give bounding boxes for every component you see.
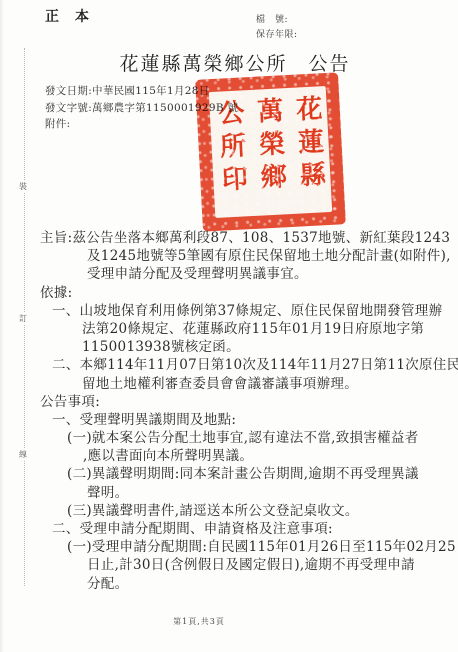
copy-type-label: 正 本 bbox=[45, 6, 90, 26]
body-line: 聲明。 bbox=[40, 484, 454, 502]
body-line: 一、受理聲明異議期間及地點: bbox=[40, 411, 454, 429]
body-line: 一、山坡地保育利用條例第37條規定、原住民保留地開發管理辦 bbox=[40, 302, 454, 320]
body-line: (三)異議聲明書件,請逕送本所公文登記桌收文。 bbox=[40, 502, 454, 520]
binding-mark-ding: 訂 bbox=[19, 312, 27, 325]
body-line: 1150013938號核定函。 bbox=[40, 338, 454, 356]
body-line: 分配。 bbox=[40, 575, 454, 593]
retention-period-label: 保存年限: bbox=[256, 28, 298, 43]
body-line-matters: 公告事項: bbox=[40, 393, 454, 411]
binding-mark-zhuang: 裝 bbox=[19, 180, 27, 193]
body-line: ,應以書面向本所聲明異議。 bbox=[40, 447, 454, 465]
body-line: 日止,計30日(含例假日及國定假日),逾期不再受理申請 bbox=[40, 556, 454, 574]
body-line-basis: 依據: bbox=[40, 284, 454, 302]
body-line: 及1245地號等5筆國有原住民保留地土地分配計畫(如附件), bbox=[40, 247, 454, 265]
announcement-body: 主旨:茲公告坐落本鄉萬利段87、108、1537地號、新紅葉段1243 及124… bbox=[40, 229, 454, 593]
binding-mark-xian: 線 bbox=[19, 448, 27, 461]
body-line: (一)就本案公告分配土地事宜,認有違法不當,致損害權益者 bbox=[40, 429, 454, 447]
body-line: 留地土地權利審查委員會會議審議事項辦理。 bbox=[40, 375, 454, 393]
body-line: 受理申請分配及受理聲明異議事宜。 bbox=[40, 265, 454, 283]
seal-script-text: 花蓮縣萬榮鄉公所印 bbox=[209, 86, 332, 218]
body-line: 二、本鄉114年11月07日第10次及114年11月27日第11次原住民保 bbox=[40, 356, 454, 374]
body-line: (一)受理申請分配期間:自民國115年01月26日至115年02月25 bbox=[40, 538, 454, 556]
official-red-seal: 花蓮縣萬榮鄉公所印 bbox=[195, 72, 346, 231]
body-line: (二)異議聲明期間:同本案計畫公告期間,逾期不再受理異議 bbox=[40, 465, 454, 483]
archive-info: 檔 號: 保存年限: bbox=[256, 13, 298, 43]
body-line: 法第20條規定、花蓮縣政府115年01月19日府原地字第 bbox=[40, 320, 454, 338]
document-title: 花蓮縣萬榮鄉公所 公告 bbox=[0, 49, 458, 76]
file-number-label: 檔 號: bbox=[256, 13, 298, 28]
body-line: 二、受理申請分配期間、申請資格及注意事項: bbox=[40, 520, 454, 538]
body-line-subject: 主旨:茲公告坐落本鄉萬利段87、108、1537地號、新紅葉段1243 bbox=[40, 229, 454, 247]
official-announcement-page: 正 本 檔 號: 保存年限: 花蓮縣萬榮鄉公所 公告 發文日期:中華民國115年… bbox=[0, 0, 458, 652]
page-number-footer: 第1頁,共3頁 bbox=[0, 616, 398, 627]
seal-inner-area: 花蓮縣萬榮鄉公所印 bbox=[209, 86, 332, 218]
